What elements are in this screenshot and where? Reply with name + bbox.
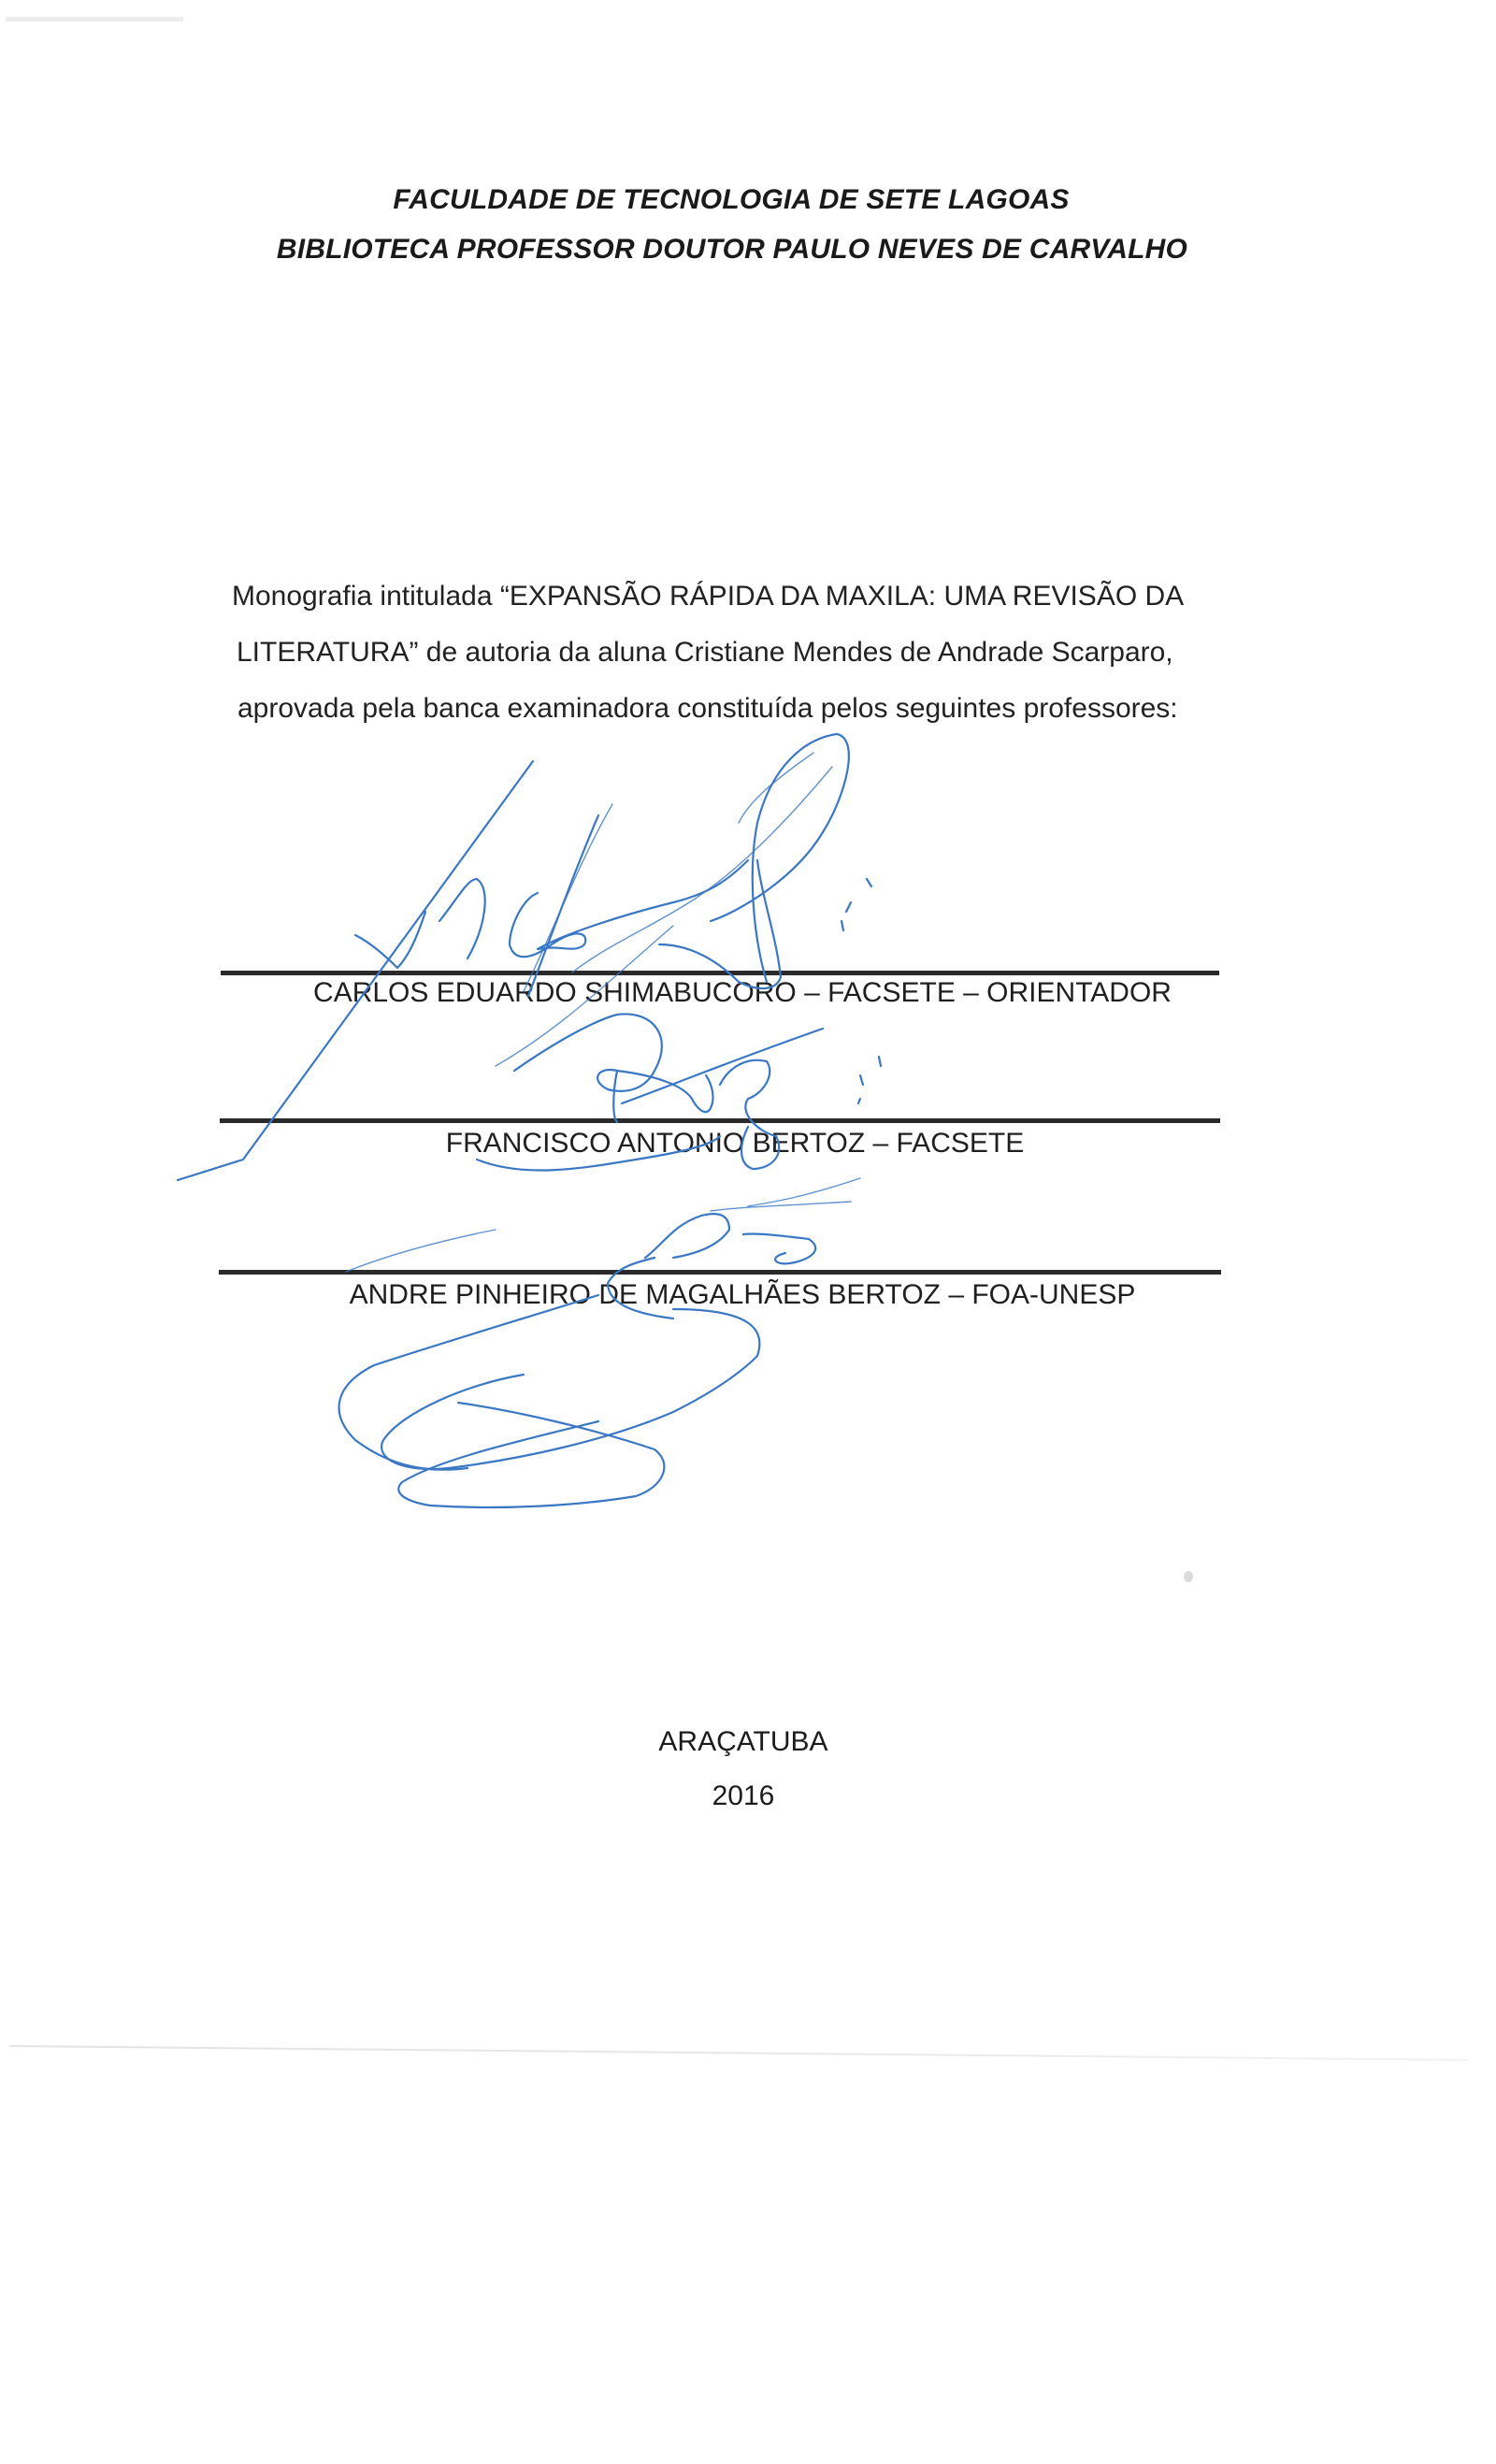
library-name: BIBLIOTECA PROFESSOR DOUTOR PAULO NEVES … (0, 234, 1480, 266)
institution-name: FACULDADE DE TECNOLOGIA DE SETE LAGOAS (0, 184, 1479, 216)
committee-member-advisor: CARLOS EDUARDO SHIMABUCORO – FACSETE – O… (0, 977, 1490, 1009)
city: ARAÇATUBA (0, 1726, 1491, 1758)
signature-1-ink (178, 734, 871, 1180)
committee-member-2: FRANCISCO ANTONIO BERTOZ – FACSETE (0, 1128, 1483, 1160)
scanned-approval-page: FACULDADE DE TECNOLOGIA DE SETE LAGOAS B… (0, 0, 1496, 2464)
signature-3-ink (339, 1178, 860, 1507)
approval-line-3: aprovada pela banca examinadora constitu… (232, 681, 1260, 737)
signature-line-3 (219, 1270, 1221, 1275)
committee-member-3: ANDRE PINHEIRO DE MAGALHÃES BERTOZ – FOA… (0, 1279, 1490, 1311)
handwritten-signatures (0, 0, 1496, 2464)
approval-line-2: LITERATURA” de autoria da aluna Cristian… (232, 625, 1260, 681)
scan-artifact-top (6, 17, 183, 22)
approval-statement: Monografia intitulada “EXPANSÃO RÁPIDA D… (232, 569, 1260, 737)
scan-smudge (1184, 1571, 1193, 1582)
signature-line-1 (221, 971, 1219, 975)
signature-line-2 (220, 1118, 1220, 1123)
year: 2016 (0, 1780, 1491, 1812)
scan-artifact-line (9, 2045, 1468, 2061)
approval-line-1: Monografia intitulada “EXPANSÃO RÁPIDA D… (232, 569, 1260, 625)
